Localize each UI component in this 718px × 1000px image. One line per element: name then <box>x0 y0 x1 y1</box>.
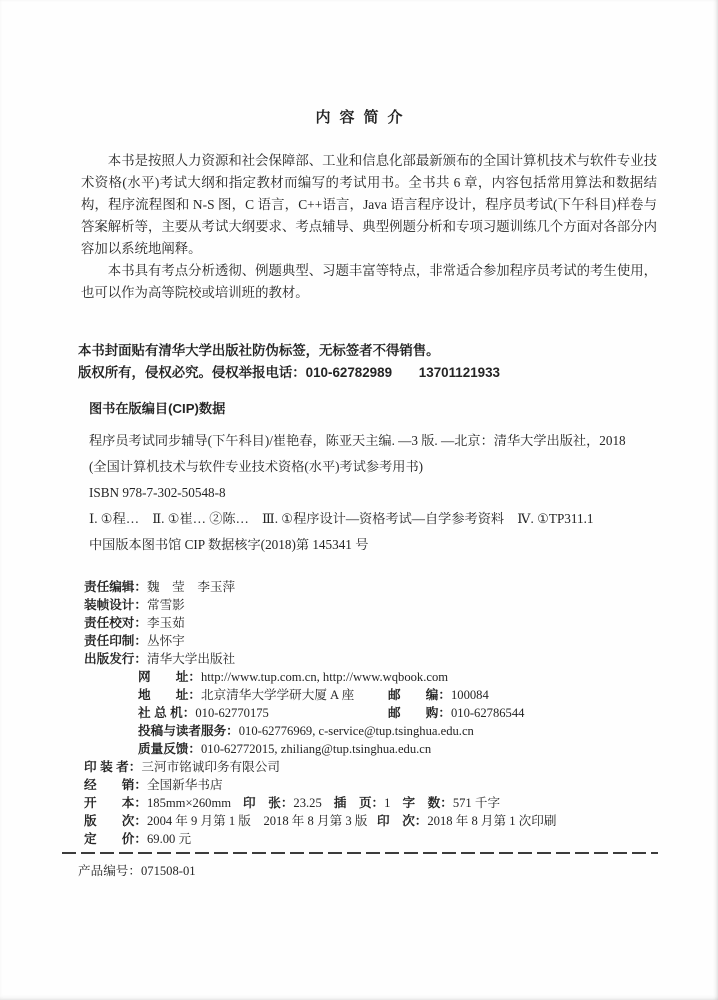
cip-isbn-line: ISBN 978-7-302-50548-8 <box>89 480 718 506</box>
colophon-label: 网 址： <box>138 670 201 684</box>
colophon-label: 字 数： <box>402 796 452 810</box>
colophon-label: 地 址： <box>138 688 201 702</box>
colophon-label: 投稿与读者服务： <box>138 724 239 738</box>
anti-counterfeit-line: 本书封面贴有清华大学出版社防伪标签，无标签者不得销售。 <box>78 340 718 362</box>
cip-description-line: 程序员考试同步辅导(下午科目)/崔艳春，陈亚天主编. —3 版. —北京：清华大… <box>89 428 718 454</box>
copyright-notice: 本书封面贴有清华大学出版社防伪标签，无标签者不得销售。 版权所有，侵权必究。侵权… <box>78 340 718 383</box>
colophon-label: 定 价： <box>84 832 147 846</box>
colophon-row-edition: 版 次：2004 年 9 月第 1 版 2018 年 8 月第 3 版印 次：2… <box>84 812 718 830</box>
colophon-row-quality-feedback: 质量反馈：010-62772015, zhiliang@tup.tsinghua… <box>84 740 718 758</box>
colophon-row-website: 网 址：http://www.tup.com.cn, http://www.wq… <box>84 668 718 686</box>
colophon-row-reader-service: 投稿与读者服务：010-62776969, c-service@tup.tsin… <box>84 722 718 740</box>
cip-heading: 图书在版编目(CIP)数据 <box>89 399 718 419</box>
colophon-value: 69.00 元 <box>147 832 191 846</box>
colophon-label: 开 本： <box>84 796 147 810</box>
colophon-section: 责任编辑：魏 莹 李玉萍 装帧设计：常雪影 责任校对：李玉茹 责任印制：丛怀宇 … <box>84 578 718 848</box>
colophon-label: 责任印制： <box>84 634 147 648</box>
colophon-label: 版 次： <box>84 814 147 828</box>
colophon-row-print-supervisor: 责任印制：丛怀宇 <box>84 632 718 650</box>
colophon-row-distributor: 经 销：全国新华书店 <box>84 776 718 794</box>
colophon-value: 010-62776969, c-service@tup.tsinghua.edu… <box>239 724 474 738</box>
intro-paragraph-1: 本书是按照人力资源和社会保障部、工业和信息化部最新颁布的全国计算机技术与软件专业… <box>81 150 657 260</box>
colophon-value: 571 千字 <box>453 796 500 810</box>
colophon-value: 010-62772015, zhiliang@tup.tsinghua.edu.… <box>201 742 431 756</box>
colophon-label: 责任校对： <box>84 616 147 630</box>
intro-section: 本书是按照人力资源和社会保障部、工业和信息化部最新颁布的全国计算机技术与软件专业… <box>81 150 657 304</box>
colophon-row-address: 地 址：北京清华大学学研大厦 A 座邮 编：100084 <box>84 686 718 704</box>
colophon-label: 印 次： <box>377 814 427 828</box>
colophon-value: 清华大学出版社 <box>147 652 235 666</box>
book-copyright-page: 内容简介 本书是按照人力资源和社会保障部、工业和信息化部最新颁布的全国计算机技术… <box>0 0 718 1000</box>
colophon-row-price: 定 价：69.00 元 <box>84 830 718 848</box>
colophon-value: 魏 莹 李玉萍 <box>147 580 235 594</box>
cip-record-line: 中国版本图书馆 CIP 数据核字(2018)第 145341 号 <box>89 532 718 558</box>
cip-section: 图书在版编目(CIP)数据 程序员考试同步辅导(下午科目)/崔艳春，陈亚天主编.… <box>89 399 718 558</box>
colophon-row-printer: 印 装 者：三河市铭诚印务有限公司 <box>84 758 718 776</box>
colophon-label: 质量反馈： <box>138 742 201 756</box>
colophon-label: 装帧设计： <box>84 598 147 612</box>
colophon-row-switchboard: 社 总 机：010-62770175邮 购：010-62786544 <box>84 704 718 722</box>
product-number-line: 产品编号：071508-01 <box>78 863 718 880</box>
copyright-reserved-line: 版权所有，侵权必究。侵权举报电话：010-62782989 1370112193… <box>78 362 718 384</box>
cip-classification-line: Ⅰ. ①程… Ⅱ. ①崔… ②陈… Ⅲ. ①程序设计—资格考试—自学参考资料 Ⅳ… <box>89 506 718 532</box>
colophon-value: 全国新华书店 <box>147 778 223 792</box>
colophon-value: 010-62786544 <box>451 706 524 720</box>
product-number-value: 071508-01 <box>141 864 196 878</box>
colophon-row-format: 开 本：185mm×260mm印 张：23.25插 页：1字 数：571 千字 <box>84 794 718 812</box>
colophon-row-proofreader: 责任校对：李玉茹 <box>84 614 718 632</box>
colophon-label: 经 销： <box>84 778 147 792</box>
colophon-value: 三河市铭诚印务有限公司 <box>141 760 280 774</box>
page-title: 内容简介 <box>0 0 718 127</box>
colophon-value: 2004 年 9 月第 1 版 2018 年 8 月第 3 版 <box>147 814 367 828</box>
colophon-value: 常雪影 <box>147 598 185 612</box>
colophon-row-editor: 责任编辑：魏 莹 李玉萍 <box>84 578 718 596</box>
colophon-label: 社 总 机： <box>138 706 195 720</box>
colophon-row-publisher: 出版发行：清华大学出版社 <box>84 650 718 668</box>
colophon-row-cover-design: 装帧设计：常雪影 <box>84 596 718 614</box>
colophon-label: 责任编辑： <box>84 580 147 594</box>
colophon-value: 010-62770175 <box>195 706 268 720</box>
colophon-label: 印 装 者： <box>84 760 141 774</box>
intro-paragraph-2: 本书具有考点分析透彻、例题典型、习题丰富等特点，非常适合参加程序员考试的考生使用… <box>81 260 657 304</box>
colophon-value: 2018 年 8 月第 1 次印刷 <box>427 814 556 828</box>
colophon-label: 邮 购： <box>388 706 451 720</box>
colophon-value: 北京清华大学学研大厦 A 座 <box>201 688 354 702</box>
product-number-label: 产品编号： <box>78 864 141 878</box>
colophon-value: 185mm×260mm <box>147 796 231 810</box>
colophon-value: 丛怀宇 <box>147 634 185 648</box>
colophon-label: 插 页： <box>334 796 384 810</box>
colophon-label: 印 张： <box>243 796 293 810</box>
colophon-value: 23.25 <box>293 796 321 810</box>
colophon-label: 邮 编： <box>388 688 451 702</box>
publisher-urls: http://www.tup.com.cn, http://www.wqbook… <box>201 670 448 684</box>
colophon-value: 1 <box>384 796 390 810</box>
cip-series-line: (全国计算机技术与软件专业技术资格(水平)考试参考用书) <box>89 454 718 480</box>
colophon-label: 出版发行： <box>84 652 147 666</box>
colophon-value: 李玉茹 <box>147 616 185 630</box>
colophon-value: 100084 <box>451 688 489 702</box>
divider-dashed-line <box>62 852 658 854</box>
